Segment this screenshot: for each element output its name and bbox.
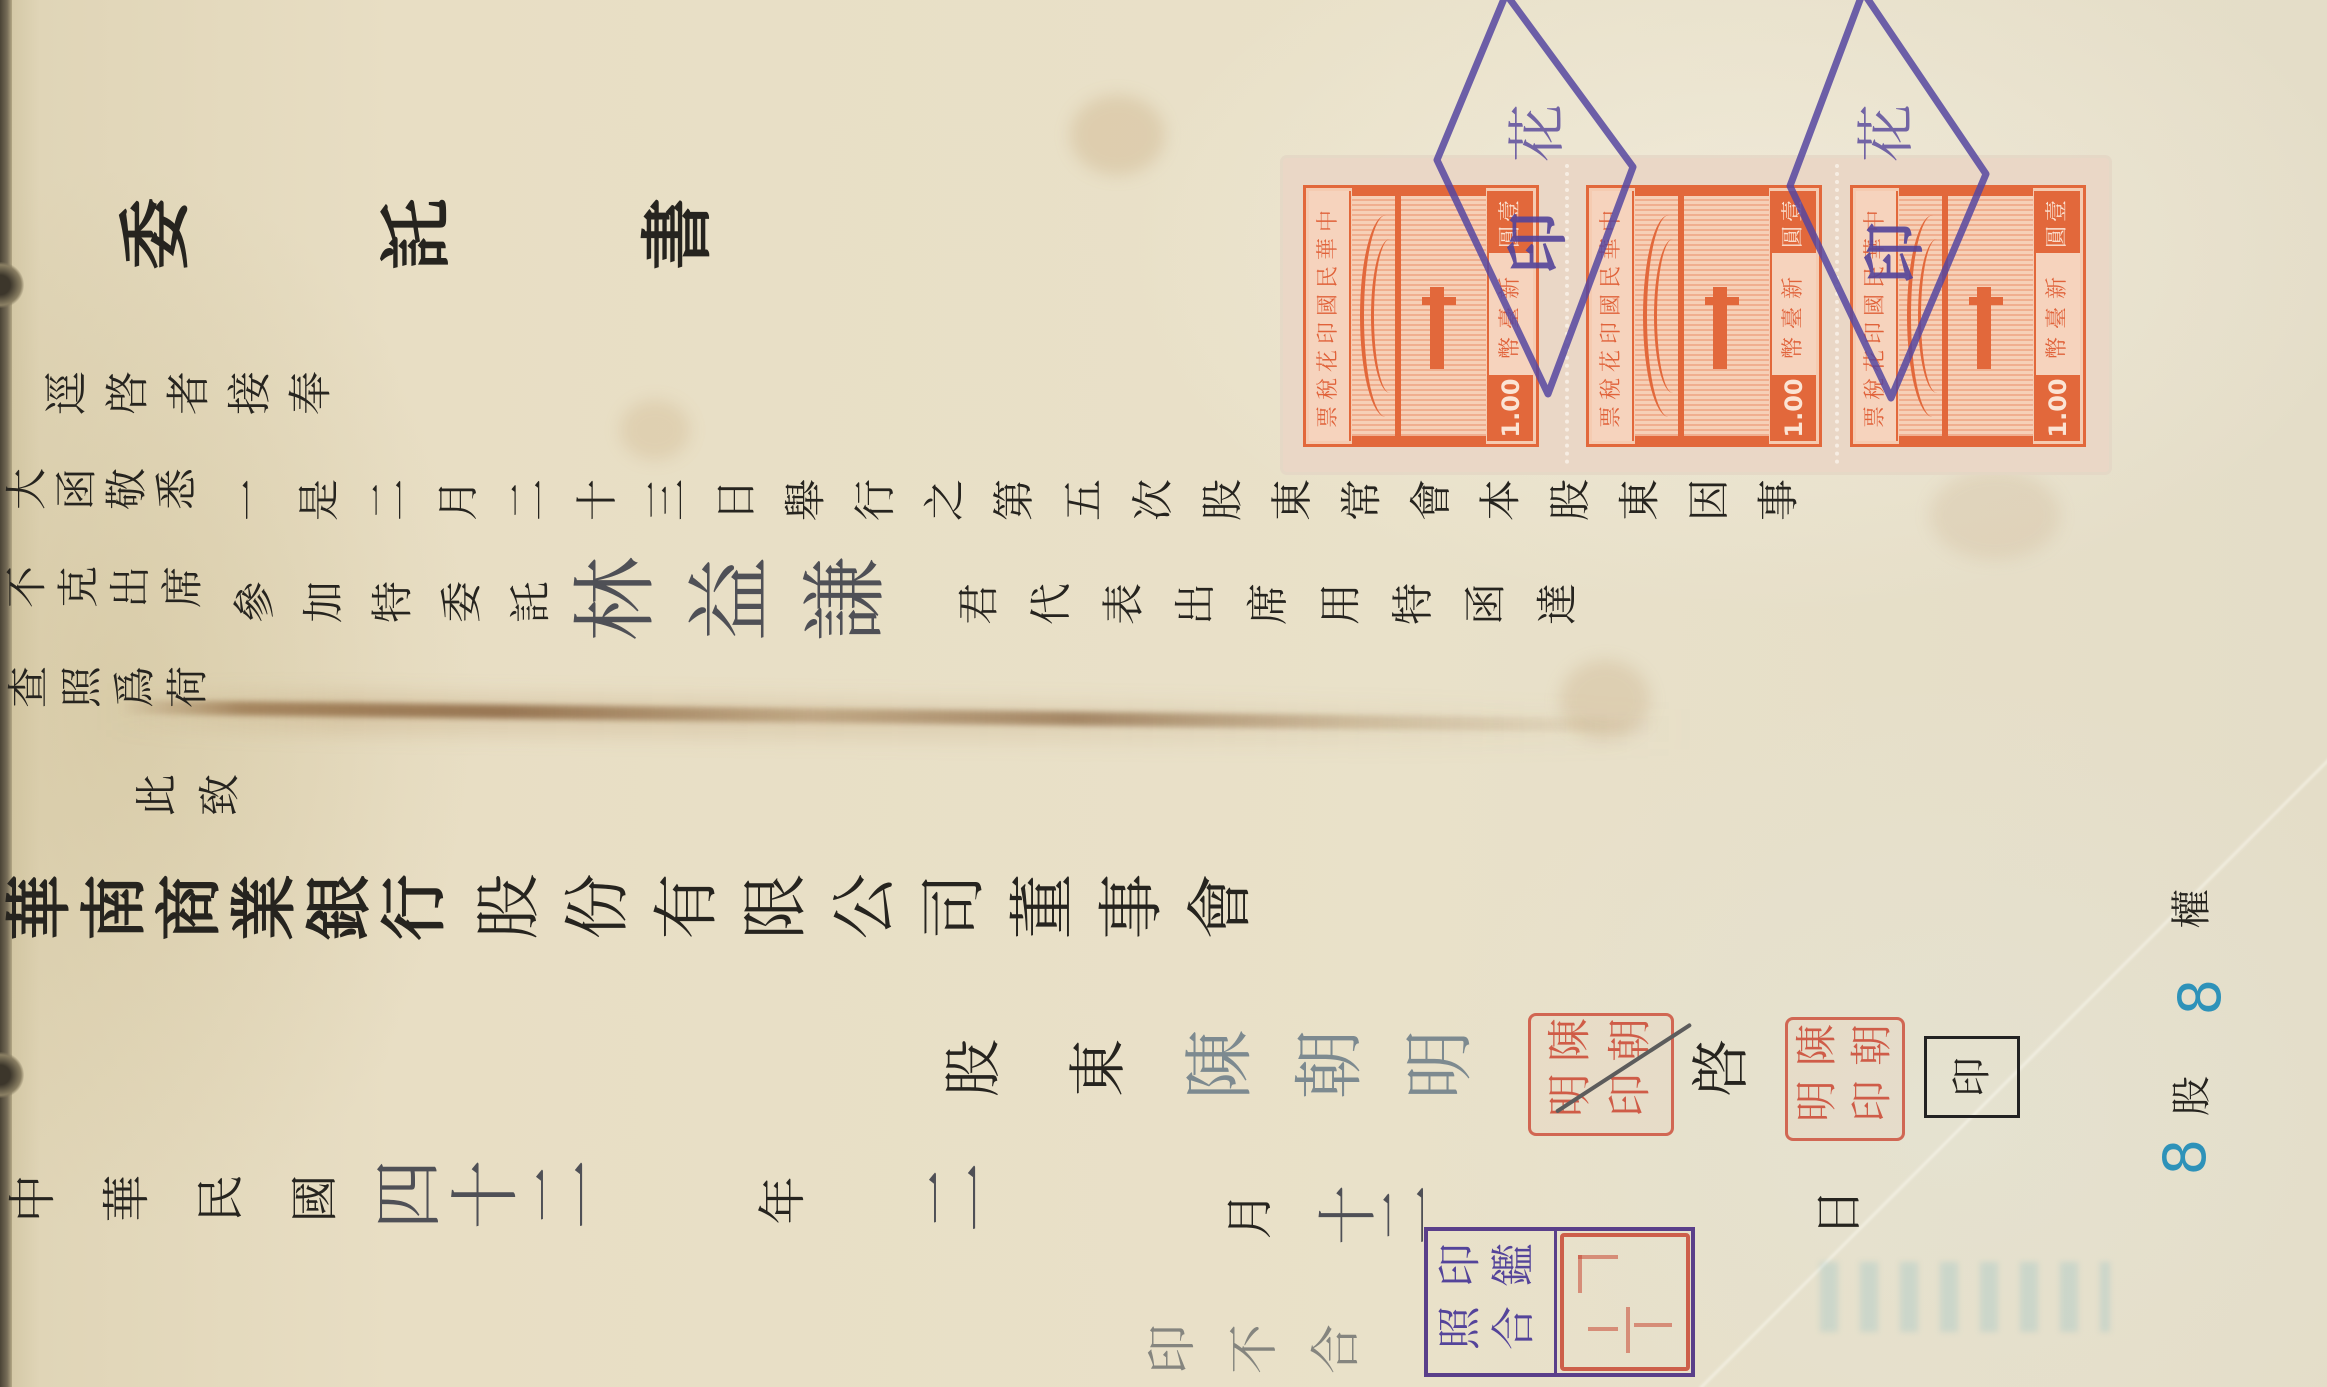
body-line-2-start: 不克出席: [4, 569, 212, 611]
cancellation-diamond-2: [1790, 0, 1986, 398]
body-line-3: 查照爲荷: [6, 669, 218, 711]
shareholder-label: 股東: [942, 1044, 1192, 1102]
body-line-2-mid: 參加特委託: [232, 584, 577, 626]
margin-votes-unit: 權: [2172, 889, 2212, 929]
cancellation-diamond-1: [1437, 0, 1633, 394]
body-line-1: 一是二月二十三日舉行之第五次股東常會本股東因事: [227, 482, 1826, 524]
signature-closing-word: 啓: [1690, 1044, 1748, 1102]
seal-placeholder-label: 印: [1952, 1057, 1992, 1097]
pencil-note: 印不合: [1145, 1328, 1391, 1378]
addressee-company-board: 股份有限公司董事會: [473, 880, 1274, 946]
margin-shares-count: 8: [2156, 1139, 2214, 1176]
red-seal-2-row-2: 明印: [1794, 1083, 1904, 1125]
body-line-2-end: 君代表出席用特函達: [956, 586, 1608, 628]
document-title: 委託書: [117, 204, 900, 276]
body-line-1-elevated: 大函敬悉: [4, 471, 204, 513]
verification-text-row-1: 印鑑: [1436, 1248, 1544, 1292]
verification-red-seal: [1560, 1233, 1690, 1371]
margin-shares-unit: 股: [2172, 1076, 2212, 1116]
date-day-handwritten: 十二: [1316, 1190, 1432, 1250]
cancellation-seal-char: 印: [1864, 222, 1926, 284]
closing: 此致: [134, 777, 260, 819]
shareholder-name-handwritten: 陳朝明: [1182, 1035, 1512, 1105]
cancellation-seal-char: 印: [1507, 212, 1569, 274]
proxy-name-handwritten: 林益謙: [570, 564, 915, 649]
red-seal-2-row-1: 陳朝: [1794, 1027, 1904, 1069]
document-scan: 中華民國印花稅票 壹圓 新臺幣 1.00 中華民國印花稅票 壹圓 新臺幣 1.0…: [0, 0, 2327, 1387]
date-day-unit: 日: [1813, 1193, 1861, 1241]
verification-text-row-2: 照合: [1436, 1311, 1544, 1355]
salutation: 逕啓者接奉: [43, 376, 348, 420]
verification-divider: [1554, 1231, 1557, 1373]
addressee-bank-name: 華南商業銀行: [4, 880, 454, 946]
red-seal-1-row-2: 明印: [1546, 1078, 1666, 1122]
date-year-handwritten: 四十二: [371, 1165, 602, 1235]
date-month-handwritten: 二: [918, 1168, 988, 1238]
date-year-unit: 年: [757, 1181, 805, 1229]
margin-votes-count: 8: [2171, 979, 2229, 1016]
date-month-unit: 月: [1224, 1196, 1272, 1244]
cancellation-handwritten-mark: 花: [1508, 104, 1566, 162]
cancellation-handwritten-mark: 花: [1857, 104, 1915, 162]
red-seal-1-row-1: 陳朝: [1546, 1023, 1666, 1067]
date-era: 中華民國: [7, 1179, 383, 1227]
